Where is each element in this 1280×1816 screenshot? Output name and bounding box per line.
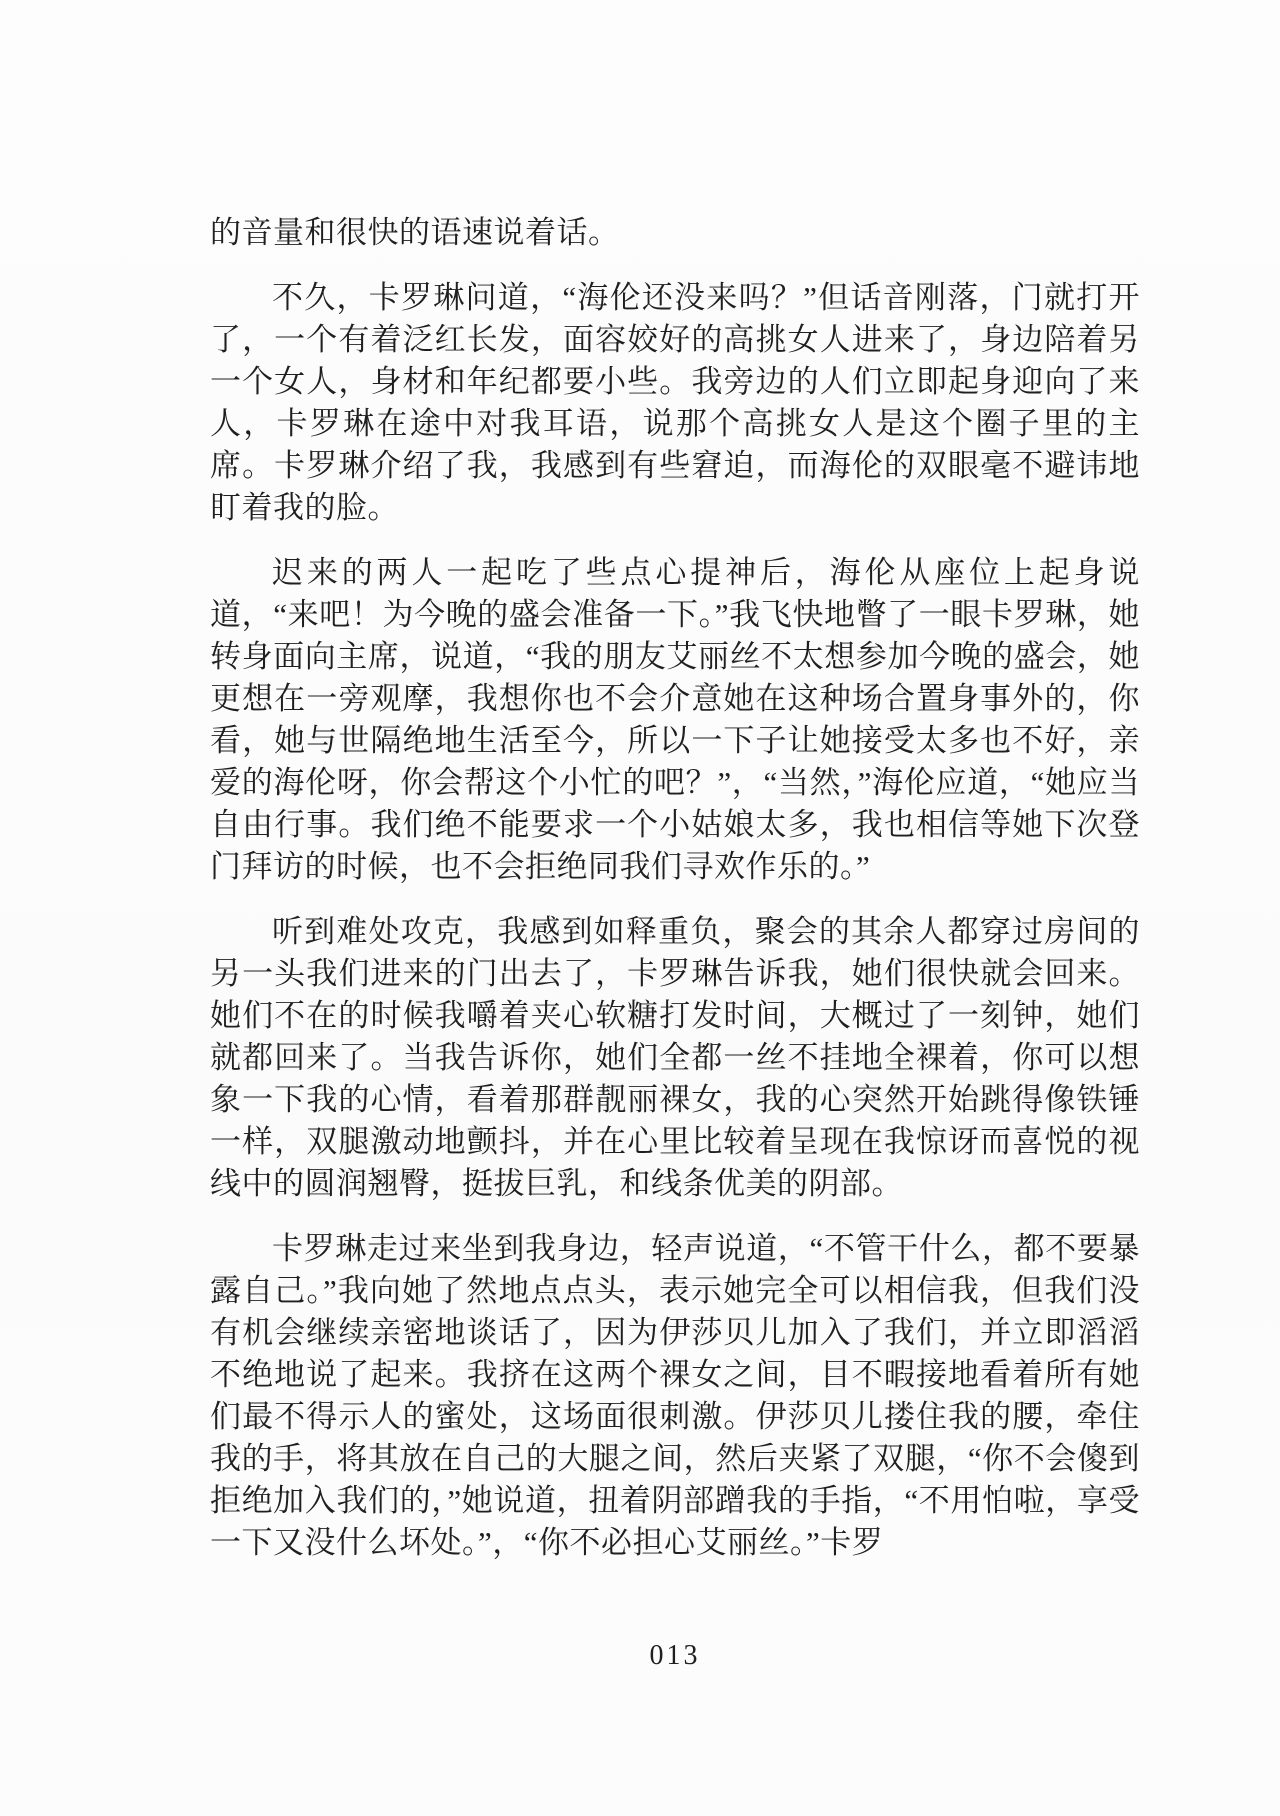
book-page: 的音量和很快的语速说着话。不久，卡罗琳问道，“海伦还没来吗？”但话音刚落，门就打… <box>0 0 1280 1816</box>
paragraph: 的音量和很快的语速说着话。 <box>210 212 1140 254</box>
paragraph: 不久，卡罗琳问道，“海伦还没来吗？”但话音刚落，门就打开了，一个有着泛红长发，面… <box>210 277 1140 529</box>
paragraph: 迟来的两人一起吃了些点心提神后，海伦从座位上起身说道，“来吧！为今晚的盛会准备一… <box>210 552 1140 888</box>
page-text: 的音量和很快的语速说着话。不久，卡罗琳问道，“海伦还没来吗？”但话音刚落，门就打… <box>210 212 1140 1587</box>
paragraph: 听到难处攻克，我感到如释重负，聚会的其余人都穿过房间的另一头我们进来的门出去了，… <box>210 911 1140 1205</box>
page-number: 013 <box>210 1640 1140 1672</box>
paragraph: 卡罗琳走过来坐到我身边，轻声说道，“不管干什么，都不要暴露自己。”我向她了然地点… <box>210 1228 1140 1564</box>
